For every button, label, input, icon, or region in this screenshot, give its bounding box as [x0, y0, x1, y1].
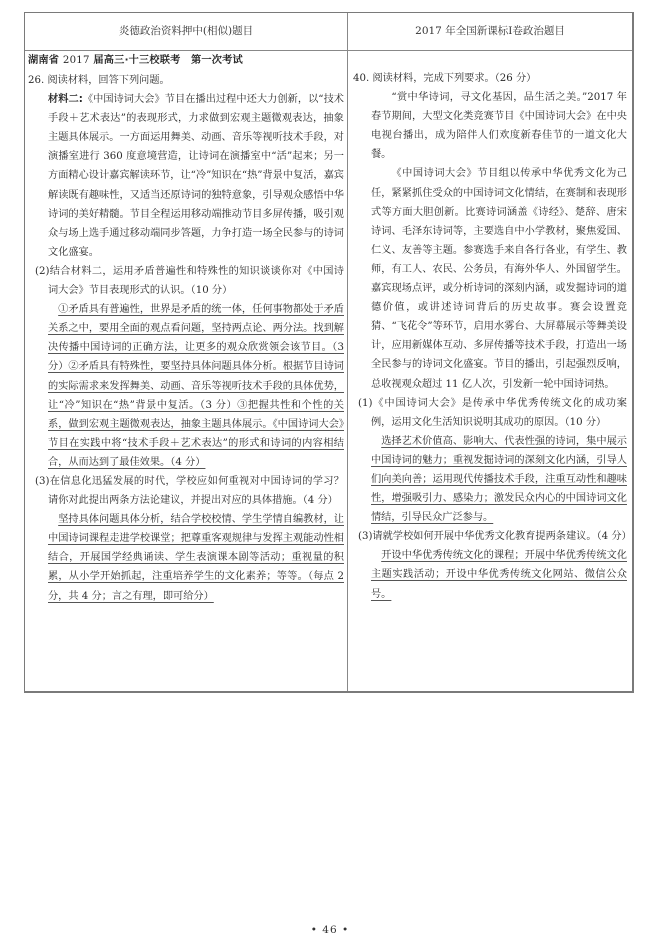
question-40-1: (1)《中国诗词大会》是传承中华优秀传统文化的成功案例，运用文化生活知识说明其成… — [353, 394, 627, 432]
table-header-row: 炎德政治资料押中(相似)题目 2017 年全国新课标Ⅰ卷政治题目 — [25, 13, 632, 51]
answer-26-3: 坚持具体问题具体分析，结合学校校情、学生学情自编教材，让中国诗词课程走进学校课堂… — [28, 510, 344, 605]
question-26-3: (3)在信息化迅猛发展的时代，学校应如何重视对中国诗词的学习？请你对此提出两条方… — [28, 472, 344, 510]
column-divider — [347, 13, 348, 691]
left-column: 湖南省 2017 届高三·十三校联考 第一次考试 26. 阅读材料，回答下列问题… — [28, 51, 344, 606]
answer-26-2-text: ①矛盾具有普遍性，世界是矛盾的统一体，任何事物都处于矛盾关系之中，要用全面的观点… — [48, 304, 344, 468]
header-left-title: 炎德政治资料押中(相似)题目 — [25, 13, 347, 50]
comparison-table: 炎德政治资料押中(相似)题目 2017 年全国新课标Ⅰ卷政治题目 湖南省 201… — [24, 12, 634, 693]
answer-40-1-text: 选择艺术价值高、影响大、代表性强的诗词，集中展示中国诗词的魅力；重视发掘诗词的深… — [371, 436, 627, 523]
exam-title: 湖南省 2017 届高三·十三校联考 第一次考试 — [28, 51, 344, 71]
material-text: 《中国诗词大会》节目在播出过程中还大力创新，以“技术手段＋艺术表达”的表现形式，… — [48, 94, 344, 258]
answer-40-3-text: 开设中华优秀传统文化的课程；开展中华优秀传统文化主题实践活动；开设中华优秀传统文… — [371, 550, 627, 599]
material-label: 材料二: — [48, 94, 83, 105]
question-26-2: (2)结合材料二，运用矛盾普遍性和特殊性的知识谈谈你对《中国诗词大会》节目表现形… — [28, 262, 344, 300]
question-26-stem: 26. 阅读材料，回答下列问题。 — [28, 71, 344, 90]
material-paragraph-1: “赏中华诗词，寻文化基因，品生活之美。”2017 年春节期间，大型文化类竞赛节目… — [353, 88, 627, 164]
answer-40-3: 开设中华优秀传统文化的课程；开展中华优秀传统文化主题实践活动；开设中华优秀传统文… — [353, 546, 627, 603]
exam-title-post: 届高三·十三校联考 第一次考试 — [90, 55, 243, 66]
material-two: 材料二:《中国诗词大会》节目在播出过程中还大力创新，以“技术手段＋艺术表达”的表… — [28, 90, 344, 262]
header-right-title: 2017 年全国新课标Ⅰ卷政治题目 — [347, 13, 633, 50]
right-column: 40. 阅读材料，完成下列要求。（26 分） “赏中华诗词，寻文化基因，品生活之… — [353, 69, 627, 604]
exam-year: 2017 — [63, 55, 90, 66]
exam-title-pre: 湖南省 — [28, 55, 63, 66]
material-paragraph-2: 《中国诗词大会》节目组以传承中华优秀文化为己任，紧紧抓住受众的中国诗词文化情结，… — [353, 164, 627, 393]
answer-40-1: 选择艺术价值高、影响大、代表性强的诗词，集中展示中国诗词的魅力；重视发掘诗词的深… — [353, 432, 627, 527]
question-40-3: (3)请就学校如何开展中华优秀文化教育提两条建议。（4 分） — [353, 527, 627, 546]
answer-26-2: ①矛盾具有普遍性，世界是矛盾的统一体，任何事物都处于矛盾关系之中，要用全面的观点… — [28, 300, 344, 472]
question-40-stem: 40. 阅读材料，完成下列要求。（26 分） — [353, 69, 627, 88]
answer-26-3-text: 坚持具体问题具体分析，结合学校校情、学生学情自编教材，让中国诗词课程走进学校课堂… — [48, 514, 344, 601]
page-number: • 46 • — [0, 924, 660, 936]
